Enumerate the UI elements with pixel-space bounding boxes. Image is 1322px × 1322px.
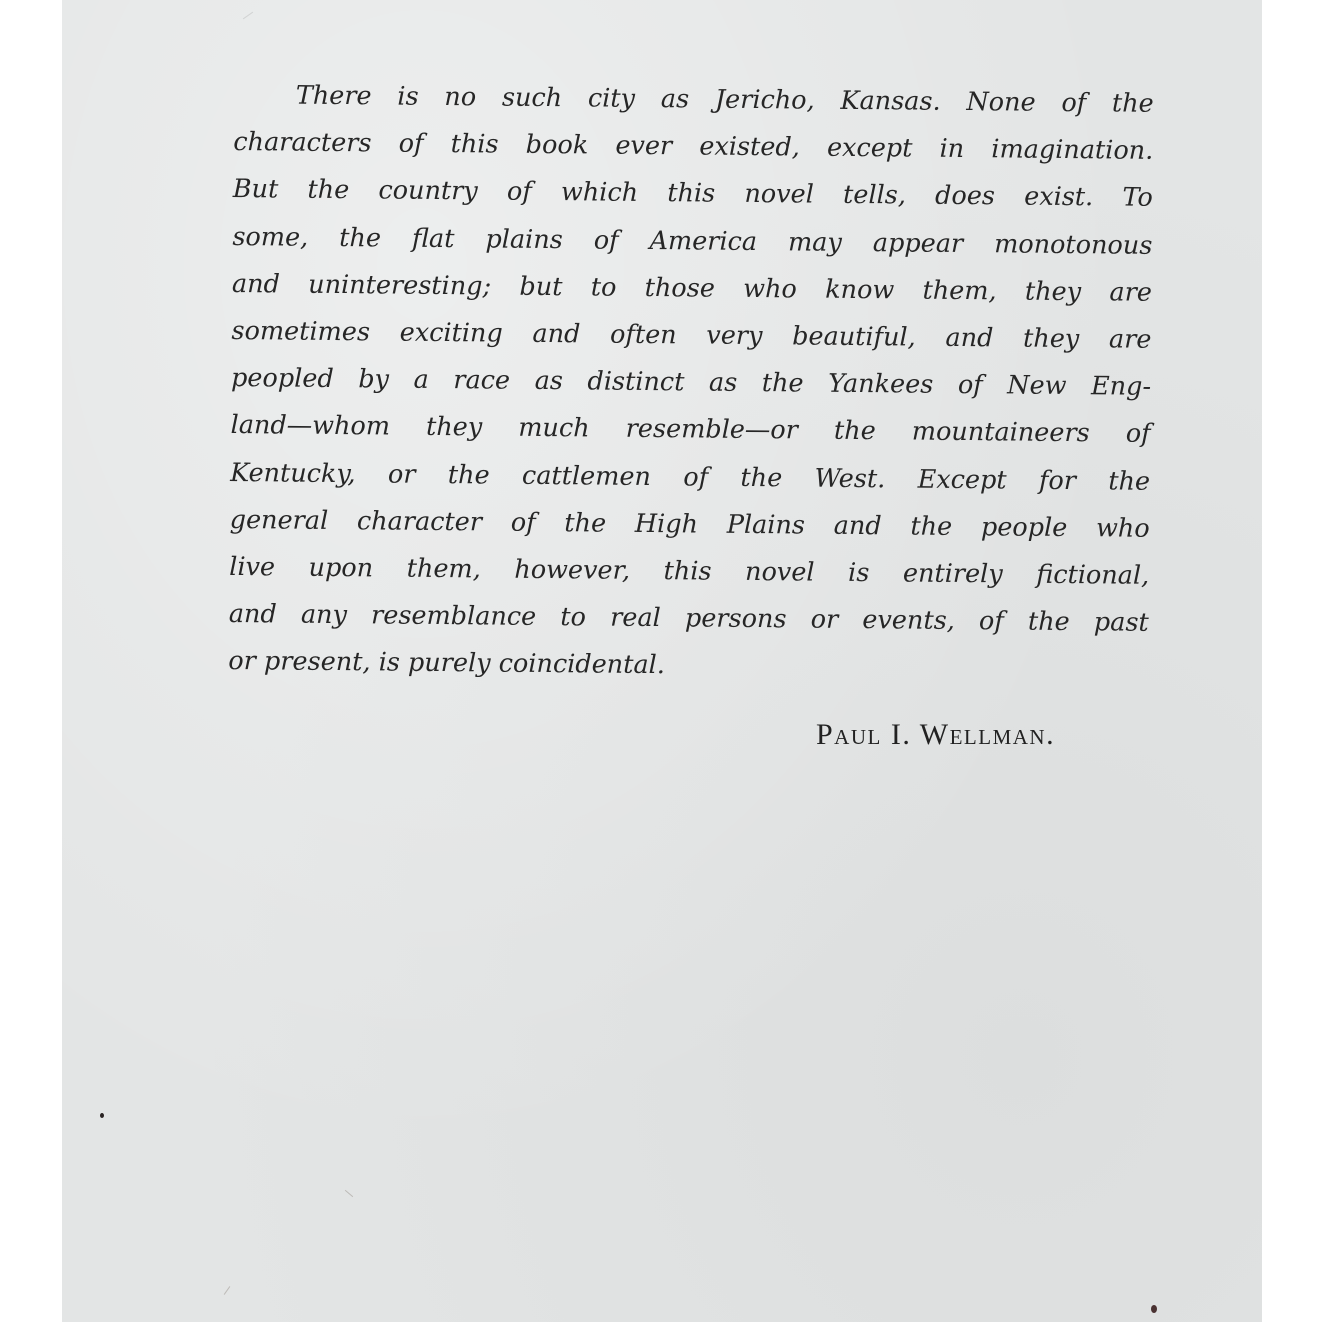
passage-line: land—whom they much resemble—or the moun… [230, 402, 1150, 458]
paper-fiber [224, 1286, 231, 1295]
author-signature: Paul I. Wellman. [816, 718, 1055, 752]
paper-fiber [243, 12, 253, 20]
passage-line: some, the flat plains of America may app… [232, 214, 1152, 270]
paper-speck [1151, 1305, 1157, 1313]
paper-speck [100, 1113, 104, 1118]
paper-fiber [345, 1190, 353, 1197]
passage-line: general character of the High Plains and… [229, 497, 1149, 553]
book-page: There is no such city as Jericho, Kansas… [62, 0, 1262, 1322]
author-note-passage: There is no such city as Jericho, Kansas… [228, 72, 1154, 694]
passage-line: But the country of which this novel tell… [233, 166, 1153, 222]
passage-line: Kentucky, or the cattlemen of the West. … [230, 449, 1150, 505]
passage-line: or present, is purely coincidental. [228, 638, 1148, 694]
